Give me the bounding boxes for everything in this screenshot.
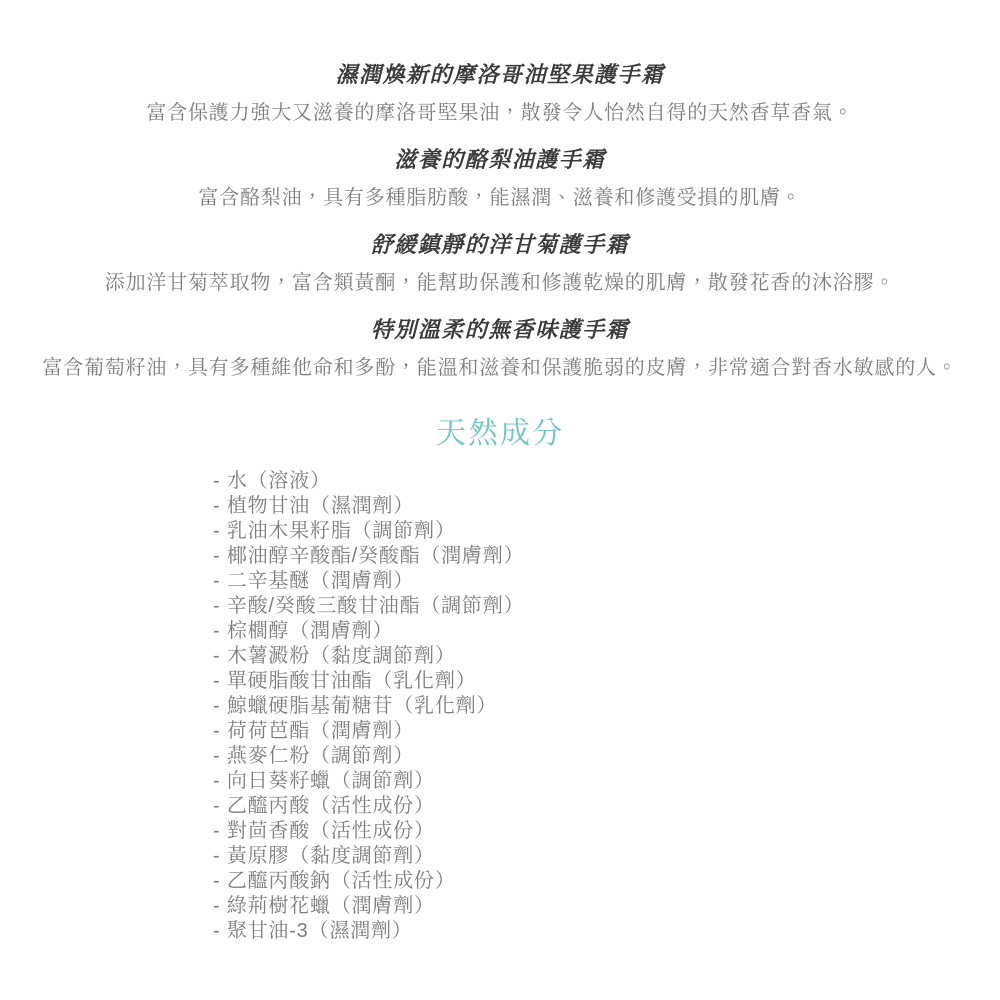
ingredient-item: - 荷荷芭酯（潤膚劑） [213, 719, 1000, 744]
ingredient-item: - 乙醯丙酸鈉（活性成份） [213, 869, 1000, 894]
ingredient-item: - 乙醯丙酸（活性成份） [213, 794, 1000, 819]
product-title: 滋養的酪梨油護手霜 [0, 149, 1000, 171]
ingredient-item: - 二辛基醚（潤膚劑） [213, 569, 1000, 594]
natural-ingredients-heading: 天然成分 [0, 419, 1000, 449]
product-section-argan: 濕潤煥新的摩洛哥油堅果護手霜 富含保護力強大又滋養的摩洛哥堅果油，散發令人怡然自… [0, 64, 1000, 123]
ingredient-item: - 燕麥仁粉（調節劑） [213, 744, 1000, 769]
product-section-fragrance-free: 特別溫柔的無香味護手霜 富含葡萄籽油，具有多種維他命和多酚，能溫和滋養和保護脆弱… [0, 319, 1000, 378]
ingredients-list: - 水（溶液）- 植物甘油（濕潤劑）- 乳油木果籽脂（調節劑）- 椰油醇辛酸酯/… [0, 469, 1000, 944]
ingredient-item: - 棕櫚醇（潤膚劑） [213, 619, 1000, 644]
ingredient-item: - 聚甘油-3（濕潤劑） [213, 919, 1000, 944]
product-description: 富含保護力強大又滋養的摩洛哥堅果油，散發令人怡然自得的天然香草香氣。 [0, 103, 1000, 123]
ingredient-item: - 黃原膠（黏度調節劑） [213, 844, 1000, 869]
product-description: 富含葡萄籽油，具有多種維他命和多酚，能溫和滋養和保護脆弱的皮膚，非常適合對香水敏… [0, 358, 1000, 378]
product-section-avocado: 滋養的酪梨油護手霜 富含酪梨油，具有多種脂肪酸，能濕潤、滋養和修護受損的肌膚。 [0, 149, 1000, 208]
ingredient-item: - 木薯澱粉（黏度調節劑） [213, 644, 1000, 669]
product-title: 特別溫柔的無香味護手霜 [0, 319, 1000, 341]
product-title: 舒緩鎮靜的洋甘菊護手霜 [0, 234, 1000, 256]
ingredient-item: - 向日葵籽蠟（調節劑） [213, 769, 1000, 794]
ingredient-item: - 植物甘油（濕潤劑） [213, 494, 1000, 519]
ingredient-item: - 乳油木果籽脂（調節劑） [213, 519, 1000, 544]
product-description: 富含酪梨油，具有多種脂肪酸，能濕潤、滋養和修護受損的肌膚。 [0, 188, 1000, 208]
ingredient-item: - 辛酸/癸酸三酸甘油酯（調節劑） [213, 594, 1000, 619]
ingredient-item: - 單硬脂酸甘油酯（乳化劑） [213, 669, 1000, 694]
product-description-page: 濕潤煥新的摩洛哥油堅果護手霜 富含保護力強大又滋養的摩洛哥堅果油，散發令人怡然自… [0, 0, 1000, 1000]
ingredient-item: - 椰油醇辛酸酯/癸酸酯（潤膚劑） [213, 544, 1000, 569]
product-description: 添加洋甘菊萃取物，富含類黃酮，能幫助保護和修護乾燥的肌膚，散發花香的沐浴膠。 [0, 273, 1000, 293]
ingredient-item: - 綠荊樹花蠟（潤膚劑） [213, 894, 1000, 919]
ingredient-item: - 鯨蠟硬脂基葡糖苷（乳化劑） [213, 694, 1000, 719]
ingredient-item: - 對茴香酸（活性成份） [213, 819, 1000, 844]
product-title: 濕潤煥新的摩洛哥油堅果護手霜 [0, 64, 1000, 86]
product-section-chamomile: 舒緩鎮靜的洋甘菊護手霜 添加洋甘菊萃取物，富含類黃酮，能幫助保護和修護乾燥的肌膚… [0, 234, 1000, 293]
ingredient-item: - 水（溶液） [213, 469, 1000, 494]
